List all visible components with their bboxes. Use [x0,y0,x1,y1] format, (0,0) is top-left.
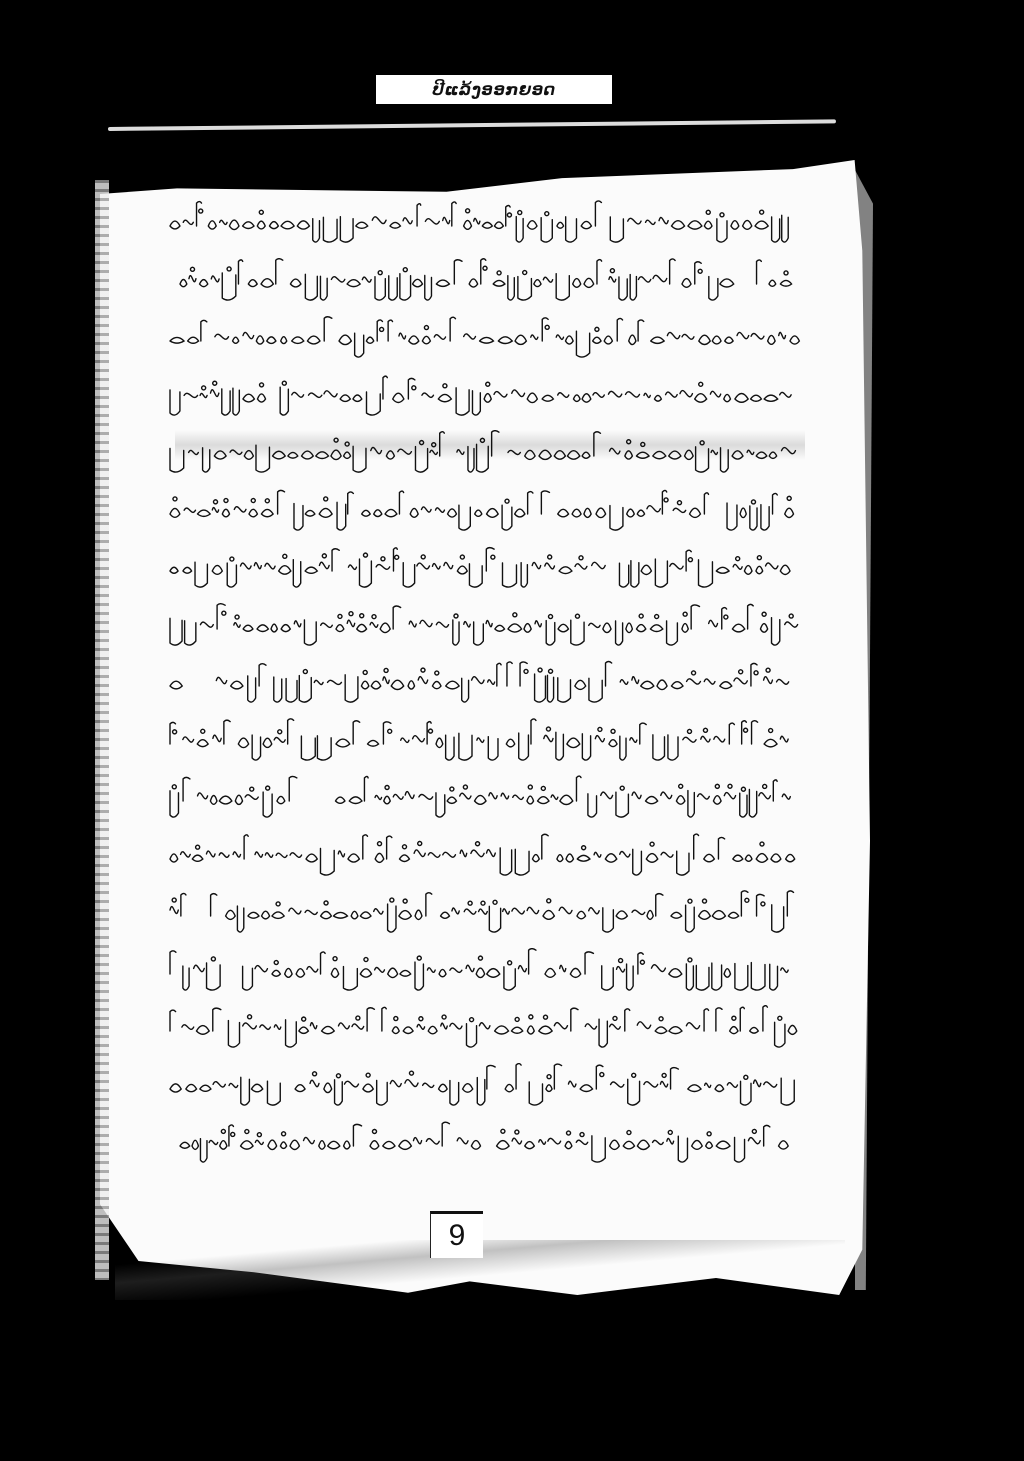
manuscript-line [165,315,805,373]
manuscript-line [165,1063,805,1121]
manuscript-line [165,775,805,833]
catalog-label-text: ປີແລ້ງອອກຍອດ [432,80,555,99]
manuscript-line [165,890,805,948]
manuscript-text [165,200,805,1178]
manuscript-line [165,200,805,258]
manuscript-line [165,603,805,661]
manuscript-line [165,545,805,603]
catalog-label: ປີແລ້ງອອກຍອດ [376,75,612,104]
scan-rule [108,119,836,131]
manuscript-line [165,258,805,316]
page-number: 9 [449,1219,466,1253]
manuscript-line [165,660,805,718]
manuscript-line [165,833,805,891]
page-number-box: 9 [430,1211,483,1258]
manuscript-line [165,430,805,488]
manuscript-line [165,373,805,431]
manuscript-line [165,718,805,776]
manuscript-line [165,1120,805,1178]
page-left-edge [95,180,109,1280]
manuscript-line [165,488,805,546]
manuscript-line [165,1005,805,1063]
manuscript-line [165,948,805,1006]
